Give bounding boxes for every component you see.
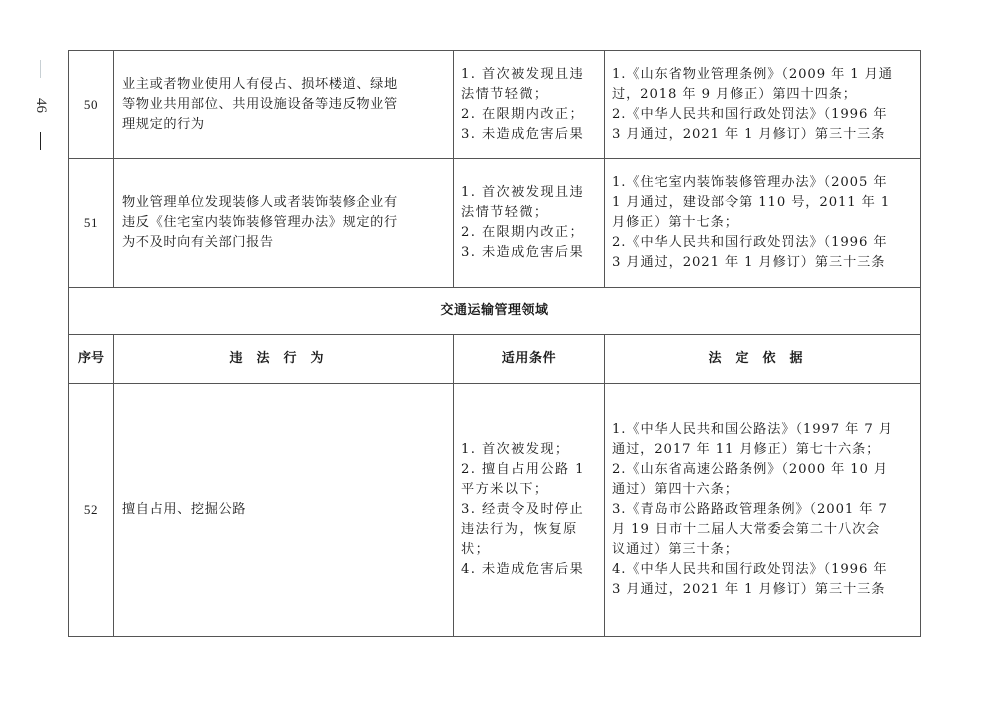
behavior-line: 业主或者物业使用人有侵占、损坏楼道、绿地 xyxy=(122,75,445,95)
table-row: 52 擅自占用、挖掘公路 1. 首次被发现； 2. 擅自占用公路 1 平方米以下… xyxy=(69,384,921,637)
applicable-condition-cell: 1. 首次被发现且违 法情节轻微； 2. 在限期内改正； 3. 未造成危害后果 xyxy=(454,51,605,159)
basis-line: 3 月通过，2021 年 1 月修订）第三十三条 xyxy=(612,253,913,273)
page-number-text: 46 xyxy=(32,98,49,113)
behavior-line: 为不及时向有关部门报告 xyxy=(122,233,445,253)
column-header-basis: 法定依据 xyxy=(605,335,921,384)
condition-line: 2. 擅自占用公路 1 xyxy=(461,460,597,480)
violation-behavior-cell: 擅自占用、挖掘公路 xyxy=(114,384,454,637)
violation-behavior-cell: 业主或者物业使用人有侵占、损坏楼道、绿地 等物业共用部位、共用设施设备等违反物业… xyxy=(114,51,454,159)
behavior-line: 理规定的行为 xyxy=(122,115,445,135)
basis-line: 3 月通过，2021 年 1 月修订）第三十三条 xyxy=(612,125,913,145)
basis-line: 1.《中华人民共和国公路法》（1997 年 7 月 xyxy=(612,420,913,440)
condition-line: 违法行为，恢复原 xyxy=(461,520,597,540)
condition-line: 1. 首次被发现且违 xyxy=(461,65,597,85)
row-index: 50 xyxy=(69,51,114,159)
basis-line: 1.《住宅室内装饰装修管理办法》（2005 年 xyxy=(612,173,913,193)
condition-line: 3. 未造成危害后果 xyxy=(461,243,597,263)
violation-behavior-cell: 物业管理单位发现装修人或者装饰装修企业有 违反《住宅室内装饰装修管理办法》规定的… xyxy=(114,159,454,288)
condition-line: 法情节轻微； xyxy=(461,203,597,223)
page-number-vertical: 46 xyxy=(28,60,52,150)
basis-line: 月修正）第十七条； xyxy=(612,213,913,233)
basis-line: 3 月通过，2021 年 1 月修订）第三十三条 xyxy=(612,580,913,600)
violations-table: 50 业主或者物业使用人有侵占、损坏楼道、绿地 等物业共用部位、共用设施设备等违… xyxy=(68,50,921,637)
page-number-dash-top xyxy=(40,60,41,78)
legal-basis-cell: 1.《山东省物业管理条例》（2009 年 1 月通 过，2018 年 9 月修正… xyxy=(605,51,921,159)
table-row: 50 业主或者物业使用人有侵占、损坏楼道、绿地 等物业共用部位、共用设施设备等违… xyxy=(69,51,921,159)
column-header-behavior: 违法行为 xyxy=(114,335,454,384)
condition-line: 法情节轻微； xyxy=(461,85,597,105)
section-title: 交通运输管理领域 xyxy=(69,288,921,335)
condition-line: 1. 首次被发现； xyxy=(461,440,597,460)
basis-line: 1 月通过，建设部令第 110 号，2011 年 1 xyxy=(612,193,913,213)
condition-line: 1. 首次被发现且违 xyxy=(461,183,597,203)
row-index: 51 xyxy=(69,159,114,288)
basis-line: 1.《山东省物业管理条例》（2009 年 1 月通 xyxy=(612,65,913,85)
basis-line: 2.《山东省高速公路条例》（2000 年 10 月 xyxy=(612,460,913,480)
basis-line: 2.《中华人民共和国行政处罚法》（1996 年 xyxy=(612,105,913,125)
legal-basis-cell: 1.《住宅室内装饰装修管理办法》（2005 年 1 月通过，建设部令第 110 … xyxy=(605,159,921,288)
column-header-index: 序号 xyxy=(69,335,114,384)
condition-line: 状； xyxy=(461,540,597,560)
behavior-line: 擅自占用、挖掘公路 xyxy=(122,500,445,520)
basis-line: 过，2018 年 9 月修正）第四十四条； xyxy=(612,85,913,105)
condition-line: 3. 经责令及时停止 xyxy=(461,500,597,520)
basis-line: 通过，2017 年 11 月修正）第七十六条； xyxy=(612,440,913,460)
row-index: 52 xyxy=(69,384,114,637)
behavior-line: 物业管理单位发现装修人或者装饰装修企业有 xyxy=(122,193,445,213)
column-header-condition: 适用条件 xyxy=(454,335,605,384)
basis-line: 2.《中华人民共和国行政处罚法》（1996 年 xyxy=(612,233,913,253)
behavior-line: 违反《住宅室内装饰装修管理办法》规定的行 xyxy=(122,213,445,233)
behavior-line: 等物业共用部位、共用设施设备等违反物业管 xyxy=(122,95,445,115)
basis-line: 月 19 日市十二届人大常委会第二十八次会 xyxy=(612,520,913,540)
applicable-condition-cell: 1. 首次被发现且违 法情节轻微； 2. 在限期内改正； 3. 未造成危害后果 xyxy=(454,159,605,288)
table-row: 51 物业管理单位发现装修人或者装饰装修企业有 违反《住宅室内装饰装修管理办法》… xyxy=(69,159,921,288)
condition-line: 2. 在限期内改正； xyxy=(461,105,597,125)
legal-basis-cell: 1.《中华人民共和国公路法》（1997 年 7 月 通过，2017 年 11 月… xyxy=(605,384,921,637)
basis-line: 3.《青岛市公路路政管理条例》（2001 年 7 xyxy=(612,500,913,520)
condition-line: 平方米以下； xyxy=(461,480,597,500)
applicable-condition-cell: 1. 首次被发现； 2. 擅自占用公路 1 平方米以下； 3. 经责令及时停止 … xyxy=(454,384,605,637)
condition-line: 2. 在限期内改正； xyxy=(461,223,597,243)
section-header-row: 交通运输管理领域 xyxy=(69,288,921,335)
condition-line: 3. 未造成危害后果 xyxy=(461,125,597,145)
condition-line: 4. 未造成危害后果 xyxy=(461,560,597,580)
basis-line: 议通过）第三十条； xyxy=(612,540,913,560)
page-number-dash-bottom xyxy=(40,132,41,150)
basis-line: 通过）第四十六条； xyxy=(612,480,913,500)
column-header-row: 序号 违法行为 适用条件 法定依据 xyxy=(69,335,921,384)
basis-line: 4.《中华人民共和国行政处罚法》（1996 年 xyxy=(612,560,913,580)
